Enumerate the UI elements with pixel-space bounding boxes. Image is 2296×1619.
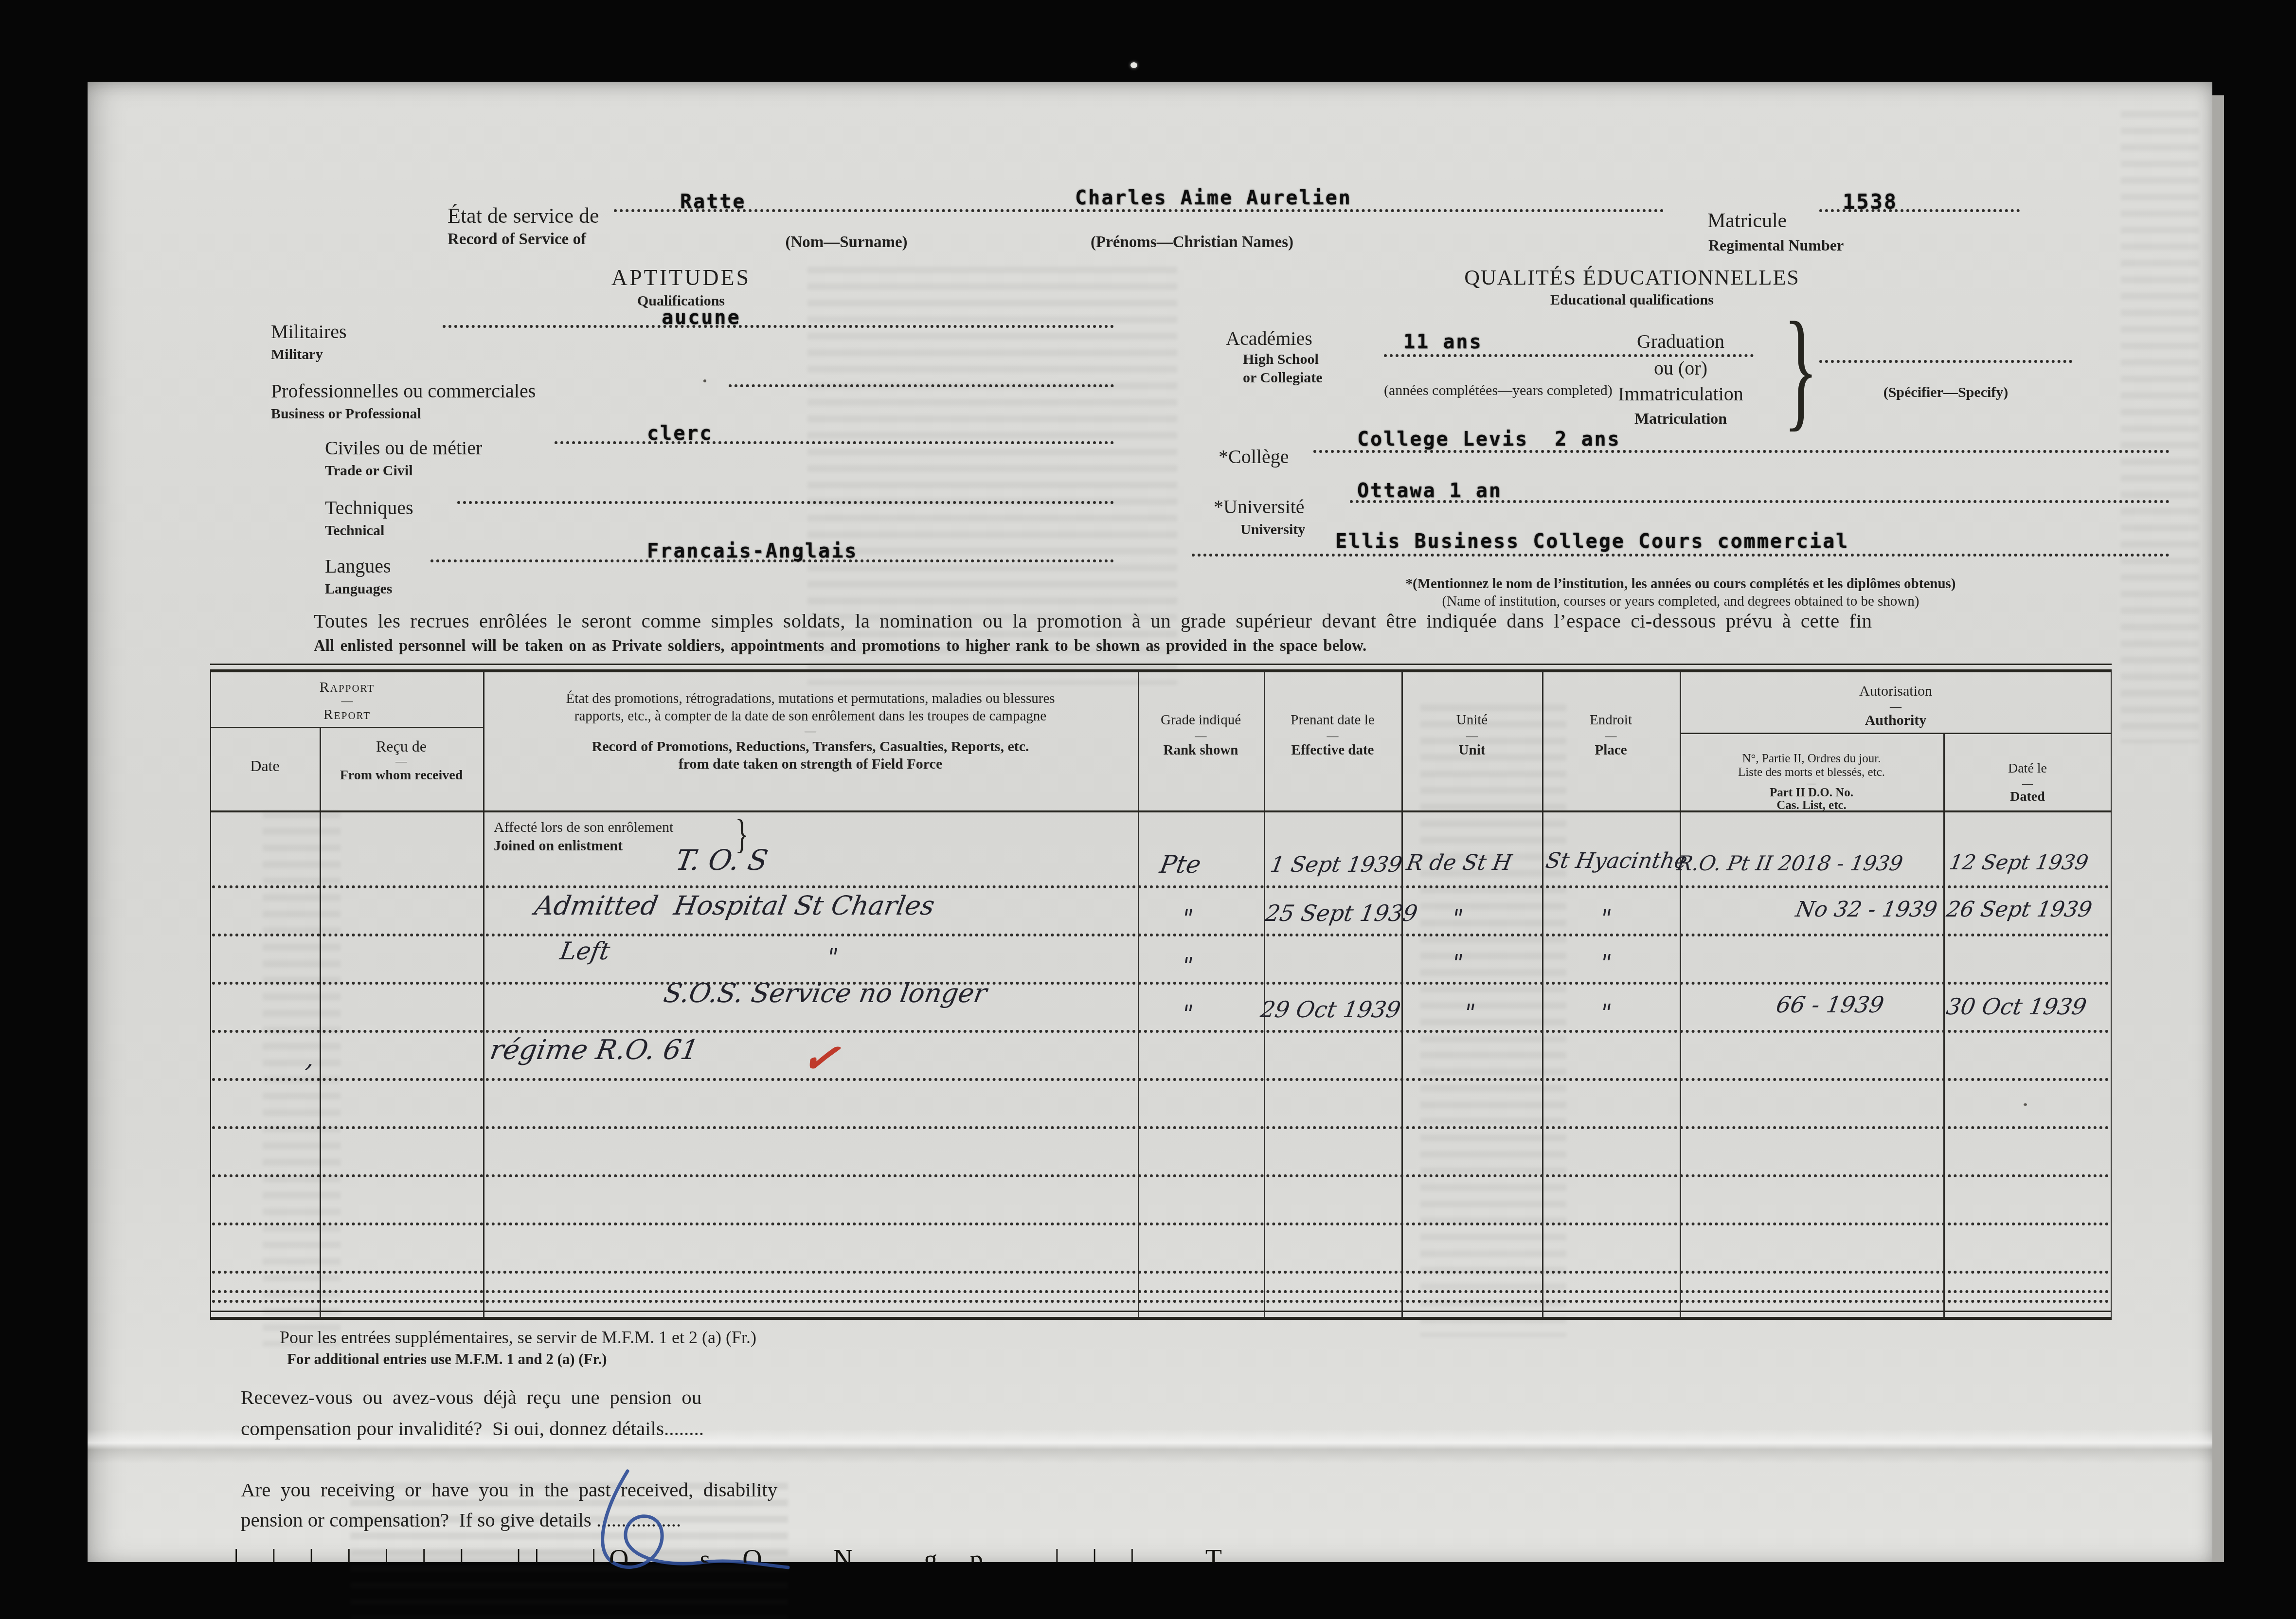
entry-record: régime R.O. 61 [487, 1034, 701, 1066]
rapport-underline [210, 727, 484, 728]
surname-caption: (Nom—Surname) [735, 234, 958, 252]
entry-rank-ditto: " [1180, 953, 1195, 980]
authority-dash: — [1681, 701, 2111, 714]
field-langues-label: Langues [325, 555, 391, 577]
row-rule [212, 1223, 2110, 1225]
col-place-en: Place [1543, 742, 1679, 758]
entry-record: Left [558, 937, 612, 965]
bleed-through-smudge [1420, 704, 1566, 1337]
education-footnote-en: (Name of institution, courses or years c… [1192, 594, 2170, 610]
pension-question-fr-line2: compensation pour invalidité? Si oui, do… [241, 1417, 704, 1440]
academies-caption: (années complétées—years completed) [1384, 382, 1613, 399]
entry-rank-ditto: " [1180, 905, 1195, 932]
row-rule [212, 1300, 2110, 1303]
entry-place: St Hyacinthe [1544, 848, 1689, 873]
university-label-fr: *Université [1214, 495, 1305, 518]
entry-record: S.O.S. Service no longer [661, 978, 989, 1008]
matricule-label-fr: Matricule [1707, 209, 1787, 233]
matricule-label-en: Regimental Number [1708, 236, 1844, 254]
service-record-form: État de service de Record of Service of … [88, 82, 2212, 1562]
row-rule [212, 1030, 2110, 1033]
recu-dash: — [320, 755, 483, 768]
surname-line [614, 209, 1045, 212]
field-militaires-value: aucune [662, 306, 741, 329]
entry-dated: 12 Sept 1939 [1948, 850, 2090, 874]
academies-label-fr: Académies [1226, 327, 1312, 350]
firstnames-caption: (Prénoms—Christian Names) [1091, 234, 1293, 252]
col-recu-fr: Reçu de [320, 738, 483, 756]
entry-place-ditto: " [1598, 999, 1614, 1026]
academies-label-en2: or Collegiate [1243, 370, 1323, 386]
entry-unit: R de St H [1405, 850, 1514, 875]
graduation-line2: ou (or) [1591, 357, 1771, 379]
notice-fr: Toutes les recrues enrôlées le seront co… [314, 609, 2114, 632]
entry-effective: 29 Oct 1939 [1258, 996, 1402, 1023]
col-record-fr1: État des promotions, rétrogradations, mu… [486, 691, 1134, 707]
col-record-en1: Record of Promotions, Reductions, Transf… [486, 738, 1134, 755]
business-college-value: Ellis Business College Cours commercial [1335, 530, 1849, 553]
graduation-brace: } [1783, 303, 1818, 436]
authority-underline [1680, 733, 2112, 734]
entry-effective: 1 Sept 1939 [1269, 852, 1404, 877]
notice-en: All enlisted personnel will be taken on … [314, 637, 2114, 655]
divider-part2-dated [1943, 733, 1945, 1317]
entry-effective: 25 Sept 1939 [1263, 900, 1419, 926]
field-prof-en: Business or Professional [271, 406, 421, 422]
col-effective-fr: Prenant date le [1265, 712, 1400, 728]
place-dash: — [1543, 730, 1679, 743]
field-prof-label: Professionnelles ou commerciales [271, 379, 536, 402]
unit-dash: — [1402, 730, 1542, 743]
field-langues-value: Francais-Anglais [647, 540, 858, 562]
col-grade-en: Rank shown [1139, 742, 1263, 758]
divider-effective-unit [1401, 671, 1403, 1317]
entry-rank: Pte [1158, 850, 1203, 879]
table-top-rule-thin [210, 664, 2112, 665]
row-rule [212, 885, 2110, 888]
college-line [1313, 450, 2170, 453]
field-tech-label: Techniques [325, 496, 413, 519]
divider-record-grade [1138, 671, 1139, 1317]
entry-dated: 26 Sept 1939 [1945, 897, 2094, 922]
graduation-line3: Immatriculation [1591, 382, 1771, 405]
field-langues-en: Languages [325, 581, 392, 597]
surname-value: Ratte [680, 191, 746, 213]
entry-authority: 66 - 1939 [1774, 991, 1886, 1018]
entry-record: Admitted Hospital St Charles [532, 890, 937, 921]
field-prof-line [729, 384, 1114, 387]
college-value: College Levis 2 ans [1357, 428, 1621, 450]
dust-speck [2024, 1103, 2027, 1106]
field-tech-en: Technical [325, 522, 384, 539]
col-date: Date [210, 757, 320, 775]
col-effective-en: Effective date [1265, 742, 1400, 758]
specify-line [1819, 360, 2072, 363]
field-civil-label: Civiles ou de métier [325, 436, 482, 459]
business-college-line [1192, 554, 2170, 557]
field-militaires-line [443, 325, 1114, 328]
additional-entries-en: For additional entries use M.F.M. 1 and … [287, 1350, 607, 1368]
entry-place-ditto: " [1598, 950, 1614, 977]
col-rapport-en: Report [210, 706, 484, 723]
service-label-en: Record of Service of [448, 231, 586, 249]
col-part2-fr2: Liste des morts et blessés, etc. [1681, 766, 1942, 779]
university-label-en: University [1240, 522, 1305, 538]
col-part2-en1: Part II D.O. No. [1681, 786, 1942, 800]
row-rule [212, 1271, 2110, 1274]
joined-note-en: Joined on enlistment [494, 838, 623, 854]
service-label-fr: État de service de [448, 203, 599, 228]
graduation-line4: Matriculation [1591, 410, 1771, 428]
col-record-en2: from date taken on strength of Field For… [486, 756, 1134, 773]
joined-note-fr: Affecté lors de son enrôlement [494, 819, 673, 836]
col-part2-fr1: N°, Partie II, Ordres du jour. [1681, 752, 1942, 766]
entry-record: T. O. S [673, 844, 771, 877]
col-unit-en: Unit [1402, 742, 1542, 758]
row-rule [212, 934, 2110, 936]
entry-dated: 30 Oct 1939 [1944, 993, 2088, 1020]
academies-label-en1: High School [1243, 351, 1319, 368]
background-speck [1130, 62, 1137, 68]
field-civil-en: Trade or Civil [325, 463, 413, 479]
col-place-fr: Endroit [1543, 712, 1679, 728]
row-rule [212, 1126, 2110, 1129]
entry-rank-ditto: " [1180, 1000, 1195, 1027]
education-footnote-fr: *(Mentionnez le nom de l’institution, le… [1192, 576, 2170, 592]
col-part2-en2: Cas. List, etc. [1681, 799, 1942, 812]
row-rule [212, 1290, 2110, 1293]
additional-entries-fr: Pour les entrées supplémentaires, se ser… [280, 1327, 756, 1348]
field-tech-line [457, 501, 1114, 504]
university-line [1350, 500, 2170, 503]
graduation-line1: Graduation [1591, 330, 1771, 353]
record-dash: — [486, 725, 1134, 738]
col-dated-en: Dated [1944, 789, 2111, 805]
bleed-through-smudge [2121, 111, 2199, 743]
pension-question-fr-line1: Recevez-vous ou avez-vous déjà reçu une … [241, 1385, 701, 1409]
col-unit-fr: Unité [1402, 712, 1542, 728]
entry-authority: No 32 - 1939 [1794, 897, 1939, 922]
row-rule [212, 1078, 2110, 1081]
rapport-dash: — [210, 695, 484, 708]
table-top-rule-thick [210, 669, 2112, 672]
row-rule [212, 982, 2110, 985]
entry-authority: R.O. Pt II 2018 - 1939 [1675, 851, 1905, 875]
col-recu-en: From whom received [320, 768, 483, 783]
education-title: QUALITÉS ÉDUCATIONNELLES [1389, 265, 1875, 290]
grade-dash: — [1139, 730, 1263, 743]
col-dated-fr: Daté le [1944, 761, 2111, 776]
table-bottom-rule-thin [210, 1311, 2112, 1312]
field-civil-line [555, 441, 1114, 444]
firstnames-line [1046, 209, 1664, 212]
divider-unit-place [1542, 671, 1543, 1317]
field-militaires-label: Militaires [271, 320, 347, 343]
cutoff-next-line: | | | | | | | || |O s O N g p | | | T [233, 1544, 2131, 1562]
dust-speck [703, 379, 706, 382]
firstnames-value: Charles Aime Aurelien [1075, 187, 1352, 209]
underlying-page-edge [2212, 95, 2224, 1562]
table-bottom-rule-thick [210, 1317, 2112, 1320]
divider-recu-record [483, 671, 484, 1317]
col-record-fr2: rapports, etc., à compter de la date de … [486, 708, 1134, 724]
specify-caption: (Spécifier—Specify) [1819, 384, 2072, 401]
effective-dash: — [1265, 730, 1400, 743]
university-value: Ottawa 1 an [1357, 480, 1502, 502]
divider-grade-effective [1264, 671, 1265, 1317]
table-border-right [2111, 669, 2112, 1317]
academies-value: 11 ans [1403, 331, 1483, 353]
row-rule [212, 1174, 2110, 1177]
col-rapport-fr: Rapport [210, 679, 484, 696]
red-checkmark: ✓ [798, 1029, 843, 1086]
entry-record-ditto: " [825, 944, 840, 971]
entry-place-ditto: " [1598, 905, 1614, 932]
field-civil-value: clerc [647, 422, 713, 445]
col-grade-fr: Grade indiqué [1139, 712, 1263, 728]
field-militaires-en: Military [271, 346, 323, 363]
divider-date-recu [320, 727, 321, 1317]
dated-dash: — [1944, 777, 2111, 790]
matricule-line [1819, 209, 2020, 212]
aptitudes-title: APTITUDES [535, 265, 827, 290]
col-authority-en: Authority [1681, 712, 2111, 729]
col-authority-fr: Autorisation [1681, 683, 2111, 700]
college-label: *Collège [1219, 445, 1289, 468]
